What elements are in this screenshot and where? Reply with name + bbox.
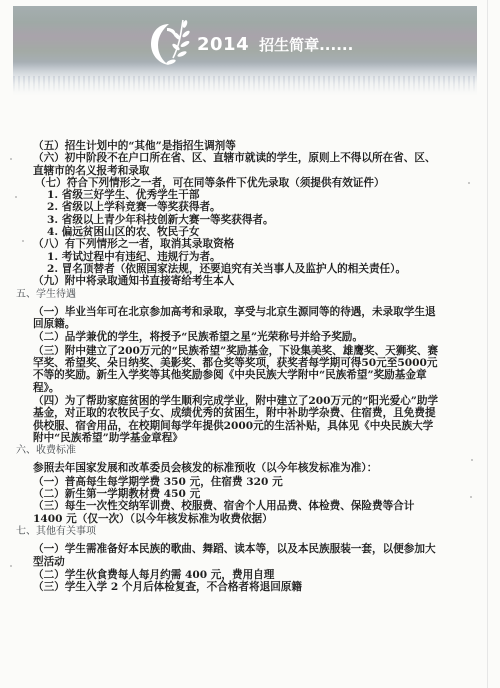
benefit-paragraph: （二）品学兼优的学生，将授予“民族希望之星”光荣称号并给予奖励。 — [33, 331, 443, 343]
page-edge — [487, 0, 488, 688]
priority-item: 4. 偏远贫困山区的农、牧民子女 — [33, 226, 443, 238]
scan-speck — [10, 565, 12, 567]
disqualify-item: 1. 考试过程中有违纪、违规行为者。 — [33, 251, 443, 263]
benefit-paragraph: （四）为了帮助家庭贫困的学生顺利完成学业，附中建立了200万元的“阳光爱心”助学… — [33, 395, 443, 444]
scan-speck — [10, 158, 12, 160]
scan-speck — [468, 182, 470, 184]
rule-five: （五）招生计划中的“其他”是指招生调剂等 — [33, 140, 443, 152]
section-heading-other: 七、其他有关事项 — [16, 526, 443, 538]
benefit-paragraph: （三）附中建立了200万元的“民族希望”奖励基金，下设集美奖、雄鹰奖、天狮奖、赛… — [33, 345, 443, 394]
rule-seven: （七）符合下列情形之一者，可在同等条件下优先录取（须提供有效证件） — [33, 177, 443, 189]
rule-nine: （九）附中将录取通知书直接寄给考生本人 — [33, 275, 443, 287]
scan-speck — [471, 459, 473, 461]
header-banner: 2014 招生简章...... — [13, 6, 477, 96]
olive-branch-logo-icon — [147, 18, 193, 70]
scan-speck — [470, 496, 472, 498]
fee-item: （一）普高每生每学期学费 350 元，住宿费 320 元 — [33, 476, 443, 488]
section-heading-fees: 六、收费标准 — [16, 445, 443, 457]
fee-item: （二）新生第一学期教材费 450 元 — [33, 488, 443, 500]
other-item: （一）学生需准备好本民族的歌曲、舞蹈、读本等，以及本民族服装一套，以便参加大型活… — [33, 543, 443, 568]
banner-year: 2014 — [197, 34, 249, 55]
scan-speck — [22, 240, 24, 242]
banner-title: 招生简章...... — [259, 34, 353, 55]
priority-item: 1. 省级三好学生、优秀学生干部 — [33, 189, 443, 201]
benefit-paragraph: （一）毕业当年可在北京参加高考和录取，享受与北京生源同等的待遇，未录取学生退回原… — [33, 306, 443, 331]
document-body: （五）招生计划中的“其他”是指招生调剂等 （六）初中阶段不在户口所在省、区、直辖… — [33, 140, 443, 593]
section-heading-benefits: 五、学生待遇 — [16, 289, 443, 301]
banner-content: 2014 招生简章...... — [147, 18, 353, 70]
priority-item: 3. 省级以上青少年科技创新大赛一等奖获得者。 — [33, 214, 443, 226]
rule-six: （六）初中阶段不在户口所在省、区、直辖市就读的学生，原则上不得以所在省、区、直辖… — [33, 152, 443, 177]
scan-speck — [15, 196, 17, 198]
rule-eight: （八）有下列情形之一者，取消其录取资格 — [33, 238, 443, 250]
other-item: （二）学生伙食费每人每月约需 400 元，费用自理 — [33, 569, 443, 581]
priority-item: 2. 省级以上学科竞赛一等奖获得者。 — [33, 201, 443, 213]
fees-intro: 参照去年国家发展和改革委员会核发的标准预收（以今年核发标准为准）： — [33, 462, 443, 474]
fee-item: （三）每生一次性交纳军训费、校服费、宿舍个人用品费、体检费、保险费等合计 140… — [33, 500, 443, 525]
other-item: （三）学生入学 2 个月后体检复查，不合格者将退回原籍 — [33, 581, 443, 593]
disqualify-item: 2. 冒名顶替者（依照国家法规，还要追究有关当事人及监护人的相关责任）。 — [33, 263, 443, 275]
